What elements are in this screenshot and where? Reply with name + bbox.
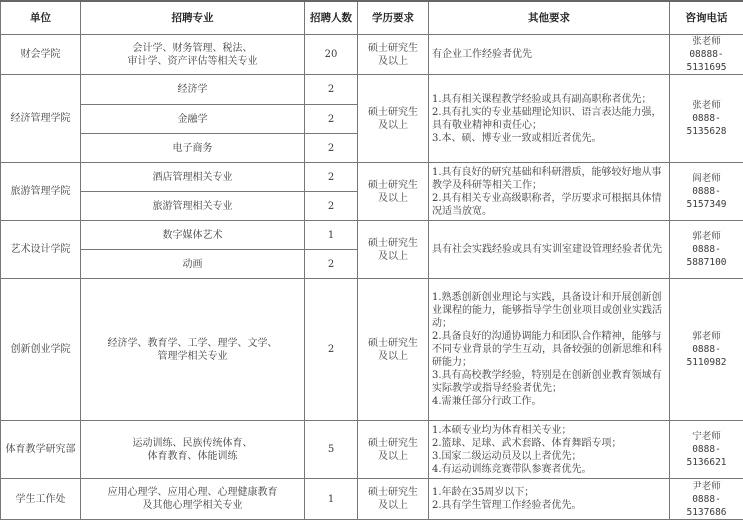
table-row: 经济管理学院 经济学 2 硕士研究生及以上 1.具有相关课程教学经验或具有副高职…: [1, 75, 743, 105]
major-cell: 应用心理学、应用心理、心理健康教育及其他心理学相关专业: [81, 479, 305, 510]
major-cell: 经济学、教育学、工学、理学、文学、管理学相关专业: [81, 279, 305, 421]
header-other: 其他要求: [429, 1, 670, 35]
contact-cell: 郭老师0888-5110982: [670, 279, 743, 421]
table-row: 创新创业学院 经济学、教育学、工学、理学、文学、管理学相关专业 2 硕士研究生及…: [1, 279, 743, 421]
unit-cell: 艺术设计学院: [1, 221, 81, 279]
major-cell: 动画: [81, 250, 305, 279]
education-cell: 硕士研究生及以上: [358, 421, 429, 479]
other-requirements-cell: 1.具有良好的研究基础和科研潜质，能够较好地从事教学及科研等相关工作；2.具有相…: [429, 163, 670, 221]
education-cell: 硕士研究生及以上: [358, 163, 429, 221]
count-cell: 2: [305, 163, 358, 192]
header-major: 招聘专业: [81, 1, 305, 35]
count-cell: 1: [305, 479, 358, 510]
count-cell: 2: [305, 250, 358, 279]
unit-cell: 旅游管理学院: [1, 163, 81, 221]
other-requirements-cell: 1.本硕专业均为体育相关专业；2.篮球、足球、武术套路、体育舞蹈专项；3.国家二…: [429, 421, 670, 479]
major-cell: 旅游管理相关专业: [81, 192, 305, 221]
count-cell: 2: [305, 192, 358, 221]
count-cell: 2: [305, 105, 358, 134]
other-requirements-cell: 具有社会实践经验或具有实训室建设管理经验者优先: [429, 221, 670, 279]
other-requirements-cell: 1.熟悉创新创业理论与实践，具备设计和开展创新创业课程的能力，能够指导学生创业项…: [429, 279, 670, 421]
education-cell: 硕士研究生及以上: [358, 221, 429, 279]
major-cell: 数字媒体艺术: [81, 221, 305, 250]
other-requirements-cell: 有企业工作经验者优先: [429, 35, 670, 75]
education-cell: 硕士研究生及以上: [358, 479, 429, 510]
count-cell: 2: [305, 75, 358, 105]
count-cell: 20: [305, 35, 358, 75]
header-unit: 单位: [1, 1, 81, 35]
count-cell: 2: [305, 279, 358, 421]
education-cell: 硕士研究生及以上: [358, 279, 429, 421]
table-row: 学生工作处 应用心理学、应用心理、心理健康教育及其他心理学相关专业 1 硕士研究…: [1, 479, 743, 510]
table-row: 体育教学研究部 运动训练、民族传统体育、体育教育、体能训练 5 硕士研究生及以上…: [1, 421, 743, 479]
major-cell: 经济学: [81, 75, 305, 105]
major-cell: 电子商务: [81, 134, 305, 163]
major-cell: 运动训练、民族传统体育、体育教育、体能训练: [81, 421, 305, 479]
count-cell: 1: [305, 221, 358, 250]
unit-cell: 经济管理学院: [1, 75, 81, 163]
other-requirements-cell: 1.年龄在35周岁以下；2.具有学生管理工作经验者优先。: [429, 479, 670, 510]
unit-cell: 财会学院: [1, 35, 81, 75]
recruitment-table: 单位 招聘专业 招聘人数 学历要求 其他要求 咨询电话 财会学院 会计学、财务管…: [0, 0, 743, 509]
unit-cell: 学生工作处: [1, 479, 81, 510]
header-row: 单位 招聘专业 招聘人数 学历要求 其他要求 咨询电话: [1, 1, 743, 35]
major-cell: 酒店管理相关专业: [81, 163, 305, 192]
contact-cell: 尹老师0888-5137686: [670, 479, 743, 510]
unit-cell: 体育教学研究部: [1, 421, 81, 479]
table-row: 旅游管理学院 酒店管理相关专业 2 硕士研究生及以上 1.具有良好的研究基础和科…: [1, 163, 743, 192]
count-cell: 5: [305, 421, 358, 479]
contact-cell: 张老师0888-5135628: [670, 75, 743, 163]
header-count: 招聘人数: [305, 1, 358, 35]
table-row: 艺术设计学院 数字媒体艺术 1 硕士研究生及以上 具有社会实践经验或具有实训室建…: [1, 221, 743, 250]
other-requirements-cell: 1.具有相关课程教学经验或具有副高职称者优先；2.具有扎实的专业基础理论知识、语…: [429, 75, 670, 163]
education-cell: 硕士研究生及以上: [358, 35, 429, 75]
header-education: 学历要求: [358, 1, 429, 35]
unit-cell: 创新创业学院: [1, 279, 81, 421]
contact-cell: 张老师08888-5131695: [670, 35, 743, 75]
count-cell: 2: [305, 134, 358, 163]
contact-cell: 阎老师0888-5157349: [670, 163, 743, 221]
table-row: 财会学院 会计学、财务管理、税法、审计学、资产评估等相关专业 20 硕士研究生及…: [1, 35, 743, 75]
header-contact: 咨询电话: [670, 1, 743, 35]
contact-cell: 宁老师0888-5136621: [670, 421, 743, 479]
major-cell: 会计学、财务管理、税法、审计学、资产评估等相关专业: [81, 35, 305, 75]
contact-cell: 郭老师0888-5887100: [670, 221, 743, 279]
major-cell: 金融学: [81, 105, 305, 134]
education-cell: 硕士研究生及以上: [358, 75, 429, 163]
